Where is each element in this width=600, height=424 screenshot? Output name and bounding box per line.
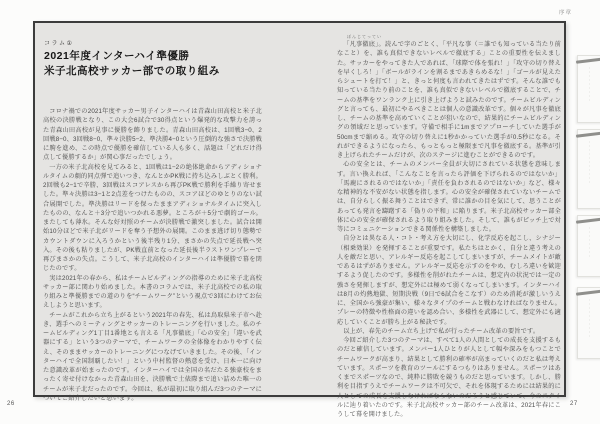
paragraph: 「凡事徹底」。読んで字のごとく、「平凡な事（＝誰でも知っている当たり前なこと）を…	[337, 40, 561, 160]
chapter-edge-tab-2: ･･･････････	[577, 129, 600, 209]
column-title-line1: 2021年度インターハイ準優勝	[44, 49, 284, 64]
column-title: 2021年度インターハイ準優勝 米子北高校サッカー部での取り組み	[44, 49, 284, 78]
paragraph: 心の安全とは、チームのメンバー全員が大切にされている状態を意味します。言い換えれ…	[337, 160, 561, 234]
paragraph: 今回ご紹介した3つのテーマは、すべて1人の人間としての成長を支援するものだと確信…	[337, 336, 561, 419]
running-head-section-label: 序章	[559, 8, 572, 16]
tab-label: ･･････････	[586, 299, 592, 339]
chapter-edge-tab-1: ･････････	[577, 55, 600, 123]
left-page-body-text: コロナ禍での2021年度サッカー男子インターハイは青森山田高校と米子北高校の決勝…	[43, 107, 262, 403]
column-title-line2: 米子北高校サッカー部での取り組み	[44, 64, 284, 79]
column-kicker-label: コラム①	[44, 38, 73, 47]
tab-edge-stripe	[576, 131, 600, 138]
paragraph: 実は2021年の春から、私はチームビルディングの指導のために米子北高校サッカー部…	[43, 274, 262, 311]
tab-label: ････････	[586, 227, 592, 259]
tab-label: ･･･････････	[586, 141, 592, 185]
page-number-left: 26	[7, 401, 15, 407]
tab-edge-stripe	[576, 217, 600, 224]
paragraph: 以上が、春先のチーム立ち上げで私が行ったチーム改革の要旨です。	[337, 327, 561, 336]
tab-label: ･････････	[586, 67, 592, 103]
furigana-ruby-text: ぼんじてってい	[347, 35, 382, 39]
tab-edge-stripe	[576, 57, 600, 64]
chapter-edge-tab-4: ･･････････	[577, 287, 600, 359]
right-page-body-text: ぼんじてってい 「凡事徹底」。読んで字のごとく、「平凡な事（＝誰でも知っている当…	[337, 40, 561, 419]
chapter-edge-tab-3: ････････	[577, 215, 600, 277]
book-spread-page: コラム① 2021年度インターハイ準優勝 米子北高校サッカー部での取り組み コロ…	[33, 21, 566, 397]
tab-edge-stripe	[576, 289, 600, 296]
paragraph: コロナ禍での2021年度サッカー男子インターハイは青森山田高校と米子北高校の決勝…	[43, 107, 262, 163]
paragraph: 自分とは異なる人・コト・考え方を大切にし、化学反応を起こし、シナジー（相乗効果）…	[337, 234, 561, 327]
page-number-right: 27	[570, 401, 578, 407]
paragraph: チームがこれから立ち上がるという2021年の春先、私は鳥取県米子市へ赴き、選手へ…	[43, 311, 262, 404]
paragraph: 一方の米子北高校を見てみると、1回戦は1−2の絶体絶命からアディショナルタイムの…	[43, 163, 262, 274]
